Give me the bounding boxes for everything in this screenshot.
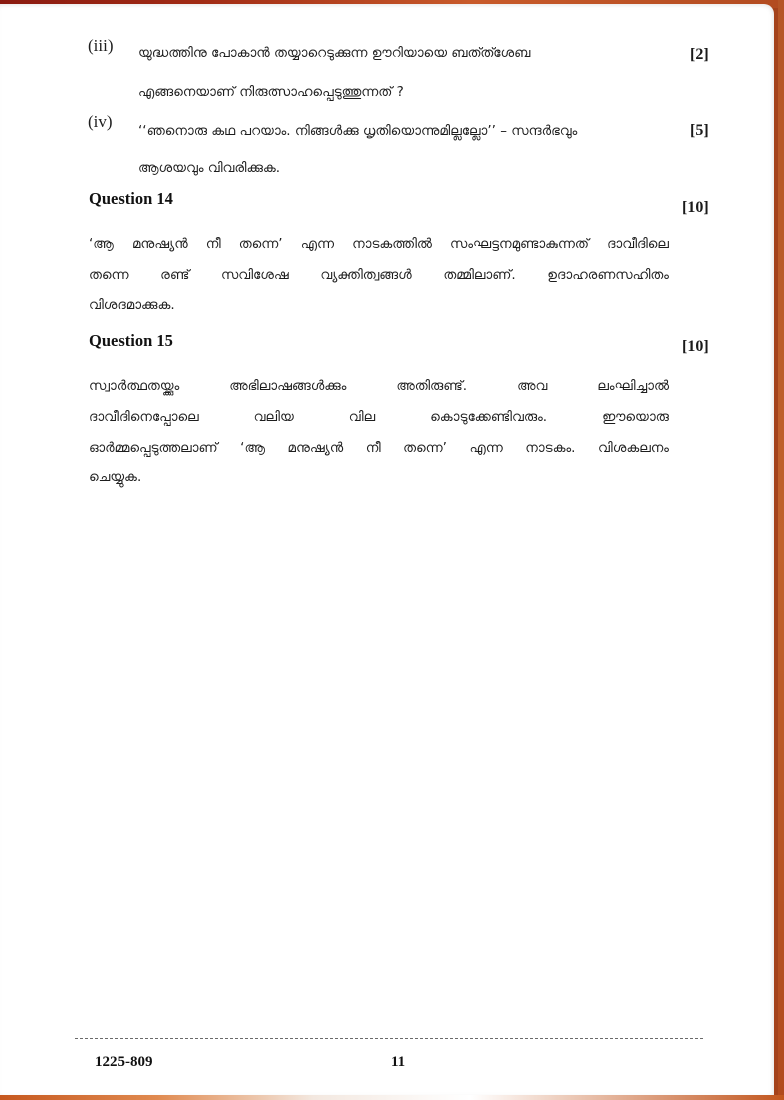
word: വ്യക്തിത്വങ്ങൾ [320, 267, 411, 283]
word: തന്നെ’ [403, 440, 447, 456]
word: നീ [366, 440, 381, 456]
word: സ്വാർത്ഥതയ്ക്കും [89, 378, 179, 394]
item-iii-marks: [2] [690, 46, 709, 64]
word: എന്ന [470, 440, 503, 456]
word: വില [349, 409, 375, 425]
question-15-line-3: ഓർമ്മപ്പെടുത്തലാണ് ‘ആ മനുഷ്യൻ നീ തന്നെ’ … [89, 440, 669, 456]
question-14-marks: [10] [682, 199, 709, 217]
paper-code: 1225-809 [95, 1054, 153, 1071]
exam-page [0, 4, 774, 1098]
word: അവ [517, 378, 547, 394]
item-iv-marks: [5] [690, 122, 709, 140]
word: തന്നെ’ [239, 236, 283, 252]
question-15-line-4: ചെയ്യുക. [89, 469, 141, 485]
word: നീ [206, 236, 221, 252]
item-label-iii: (iii) [88, 36, 114, 56]
item-label-iv: (iv) [88, 112, 113, 132]
word: സംഘട്ടനമുണ്ടാകുന്നത് [450, 236, 589, 252]
word: മനുഷ്യൻ [132, 236, 188, 252]
word: ദാവീദിനെപ്പോലെ [89, 409, 199, 425]
word: മനുഷ്യൻ [288, 440, 344, 456]
word: സവിശേഷ [221, 267, 289, 283]
item-iv-line-1: ‘‘ഞനൊരു കഥ പറയാം. നിങ്ങൾക്കു ധൃതിയൊന്നുമ… [138, 123, 577, 139]
word: തന്നെ [89, 267, 129, 283]
word: ‘ആ [89, 236, 114, 252]
word: ഓർമ്മപ്പെടുത്തലാണ് [89, 440, 218, 456]
word: തമ്മിലാണ്. [443, 267, 515, 283]
item-iii-line-1: യുദ്ധത്തിനു പോകാൻ തയ്യാറെടുക്കുന്ന ഊറിയാ… [138, 45, 530, 61]
background-edge-bottom [0, 1095, 784, 1100]
question-15-title: Question 15 [89, 331, 173, 351]
item-iv-line-2: ആശയവും വിവരിക്കുക. [138, 160, 280, 176]
question-14-line-2: തന്നെ രണ്ട് സവിശേഷ വ്യക്തിത്വങ്ങൾ തമ്മില… [89, 267, 669, 283]
word: ഈയൊരു [602, 409, 669, 425]
word: ഉദാഹരണസഹിതം [547, 267, 669, 283]
word: എന്ന [301, 236, 334, 252]
item-iii-line-2: എങ്ങനെയാണ് നിരുത്സാഹപ്പെടുത്തുന്നത് ? [138, 84, 404, 100]
word: അതിരുണ്ട്. [396, 378, 467, 394]
question-15-line-1: സ്വാർത്ഥതയ്ക്കും അഭിലാഷങ്ങൾക്കും അതിരുണ്… [89, 378, 669, 394]
page-number: 11 [391, 1054, 405, 1071]
word: വിശകലനം [598, 440, 669, 456]
question-14-line-1: ‘ആ മനുഷ്യൻ നീ തന്നെ’ എന്ന നാടകത്തിൽ സംഘട… [89, 236, 669, 252]
question-14-line-3: വിശദമാക്കുക. [89, 297, 175, 313]
background-edge-right [778, 0, 784, 1100]
footer-divider [75, 1038, 703, 1039]
question-15-marks: [10] [682, 338, 709, 356]
word: ലംഘിച്ചാൽ [597, 378, 669, 394]
word: വലിയ [254, 409, 294, 425]
word: ‘ആ [240, 440, 265, 456]
word: അഭിലാഷങ്ങൾക്കും [229, 378, 346, 394]
word: ദാവീദിലെ [607, 236, 669, 252]
question-15-line-2: ദാവീദിനെപ്പോലെ വലിയ വില കൊടുക്കേണ്ടിവരും… [89, 409, 669, 425]
word: രണ്ട് [160, 267, 189, 283]
word: നാടകത്തിൽ [352, 236, 432, 252]
word: നാടകം. [525, 440, 575, 456]
word: കൊടുക്കേണ്ടിവരും. [430, 409, 547, 425]
question-14-title: Question 14 [89, 189, 173, 209]
